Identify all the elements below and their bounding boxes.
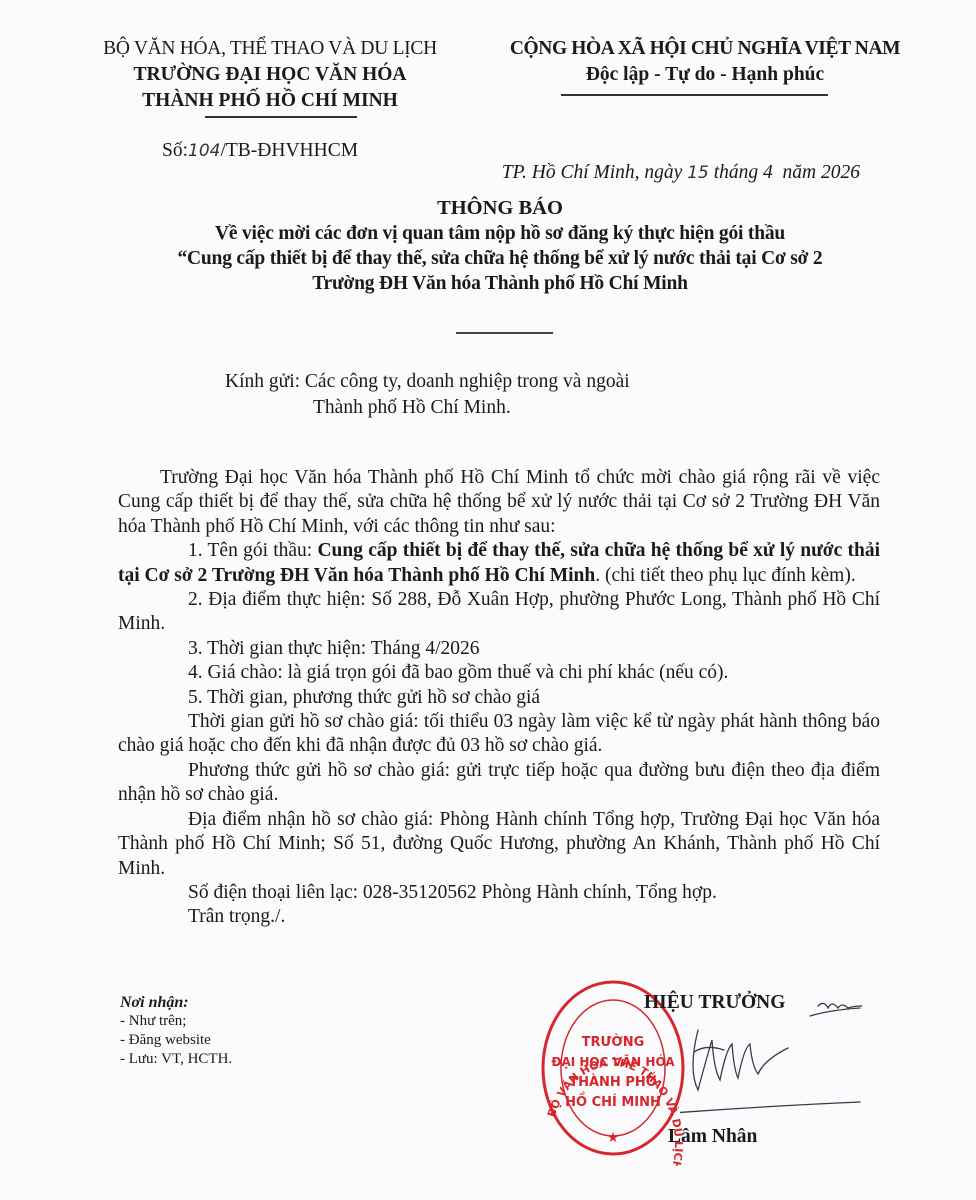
national-heading-block: CỘNG HÒA XÃ HỘI CHỦ NGHĨA VIỆT NAM Độc l… [470,36,940,88]
notice-body: Trường Đại học Văn hóa Thành phố Hồ Chí … [118,466,880,930]
stamp-line: HỒ CHÍ MINH [565,1092,661,1110]
document-number-handwritten: 104 [188,141,220,161]
date-year-label: năm [773,162,821,183]
signer-name: Lâm Nhân [668,1126,757,1148]
notice-title-block: THÔNG BÁO Về việc mời các đơn vị quan tâ… [100,195,900,296]
item-location: 2. Địa điểm thực hiện: Số 288, Đỗ Xuân H… [118,588,880,637]
recipient-line2: Thành phố Hồ Chí Minh. [225,395,630,421]
distribution-title: Nơi nhận: [120,993,232,1012]
recipient-block: Kính gửi: Các công ty, doanh nghiệp tron… [225,369,630,421]
title-separator [456,332,553,334]
contact-phone: Số điện thoại liên lạc: 028-35120562 Phò… [118,881,880,905]
issuing-agency-block: BỘ VĂN HÓA, THỂ THAO VÀ DU LỊCH TRƯỜNG Đ… [60,36,480,114]
document-number: Số:104/TB-ĐHVHHCM [162,140,358,162]
item-price: 4. Giá chào: là giá trọn gói đã bao gồm … [118,661,880,685]
ministry-name: BỘ VĂN HÓA, THỂ THAO VÀ DU LỊCH [60,36,480,62]
item1-tail: . (chi tiết theo phụ lục đính kèm). [595,565,855,586]
item-duration: 3. Thời gian thực hiện: Tháng 4/2026 [118,637,880,661]
submission-time: Thời gian gửi hồ sơ chào giá: tối thiểu … [118,710,880,759]
signer-title: HIỆU TRƯỞNG [644,992,785,1014]
notice-subject-line2: “Cung cấp thiết bị để thay thế, sửa chữa… [100,246,900,271]
school-name-line1: TRƯỜNG ĐẠI HỌC VĂN HÓA [60,62,480,88]
motto-underline [561,94,828,96]
date-day-handwritten: 15 [687,163,709,183]
submission-location: Địa điểm nhận hồ sơ chào giá: Phòng Hành… [118,808,880,881]
distribution-list: Nơi nhận: - Như trên; - Đăng website - L… [120,993,232,1069]
stamp-outer-text: BỘ VĂN HÓA THỂ THAO VÀ DU LỊCH [545,1056,685,1166]
date-year: 2026 [821,162,860,183]
distribution-item: - Đăng website [120,1031,232,1050]
distribution-item: - Lưu: VT, HCTH. [120,1050,232,1069]
notice-subject-line3: Trường ĐH Văn hóa Thành phố Hồ Chí Minh [100,271,900,296]
item-package-name: 1. Tên gói thầu: Cung cấp thiết bị để th… [118,539,880,588]
document-number-prefix: Số: [162,140,188,161]
item1-label: 1. Tên gói thầu: [188,540,317,561]
nation-name: CỘNG HÒA XÃ HỘI CHỦ NGHĨA VIỆT NAM [470,36,940,62]
date-prefix: TP. Hồ Chí Minh, ngày [502,162,687,183]
document-number-suffix: /TB-ĐHVHHCM [220,140,358,161]
submission-method: Phương thức gửi hồ sơ chào giá: gửi trực… [118,759,880,808]
notice-subject-line1: Về việc mời các đơn vị quan tâm nộp hồ s… [100,221,900,246]
intro-paragraph: Trường Đại học Văn hóa Thành phố Hồ Chí … [118,466,880,539]
date-month-label: tháng [709,162,763,183]
agency-underline [205,116,357,118]
school-name-line2: THÀNH PHỐ HỒ CHÍ MINH [60,88,480,114]
closing-phrase: Trân trọng./. [118,905,880,929]
stamp-star-icon: ★ [607,1130,620,1146]
notice-heading: THÔNG BÁO [100,195,900,221]
national-motto: Độc lập - Tự do - Hạnh phúc [470,62,940,88]
date-month: 4 [763,162,773,183]
stamp-line: TRƯỜNG [582,1034,645,1050]
distribution-item: - Như trên; [120,1012,232,1031]
recipient-line1: Kính gửi: Các công ty, doanh nghiệp tron… [225,369,630,395]
document-date: TP. Hồ Chí Minh, ngày 15 tháng 4 năm 202… [492,140,860,184]
handwritten-signature [680,1000,880,1140]
item-submission: 5. Thời gian, phương thức gửi hồ sơ chào… [118,686,880,710]
